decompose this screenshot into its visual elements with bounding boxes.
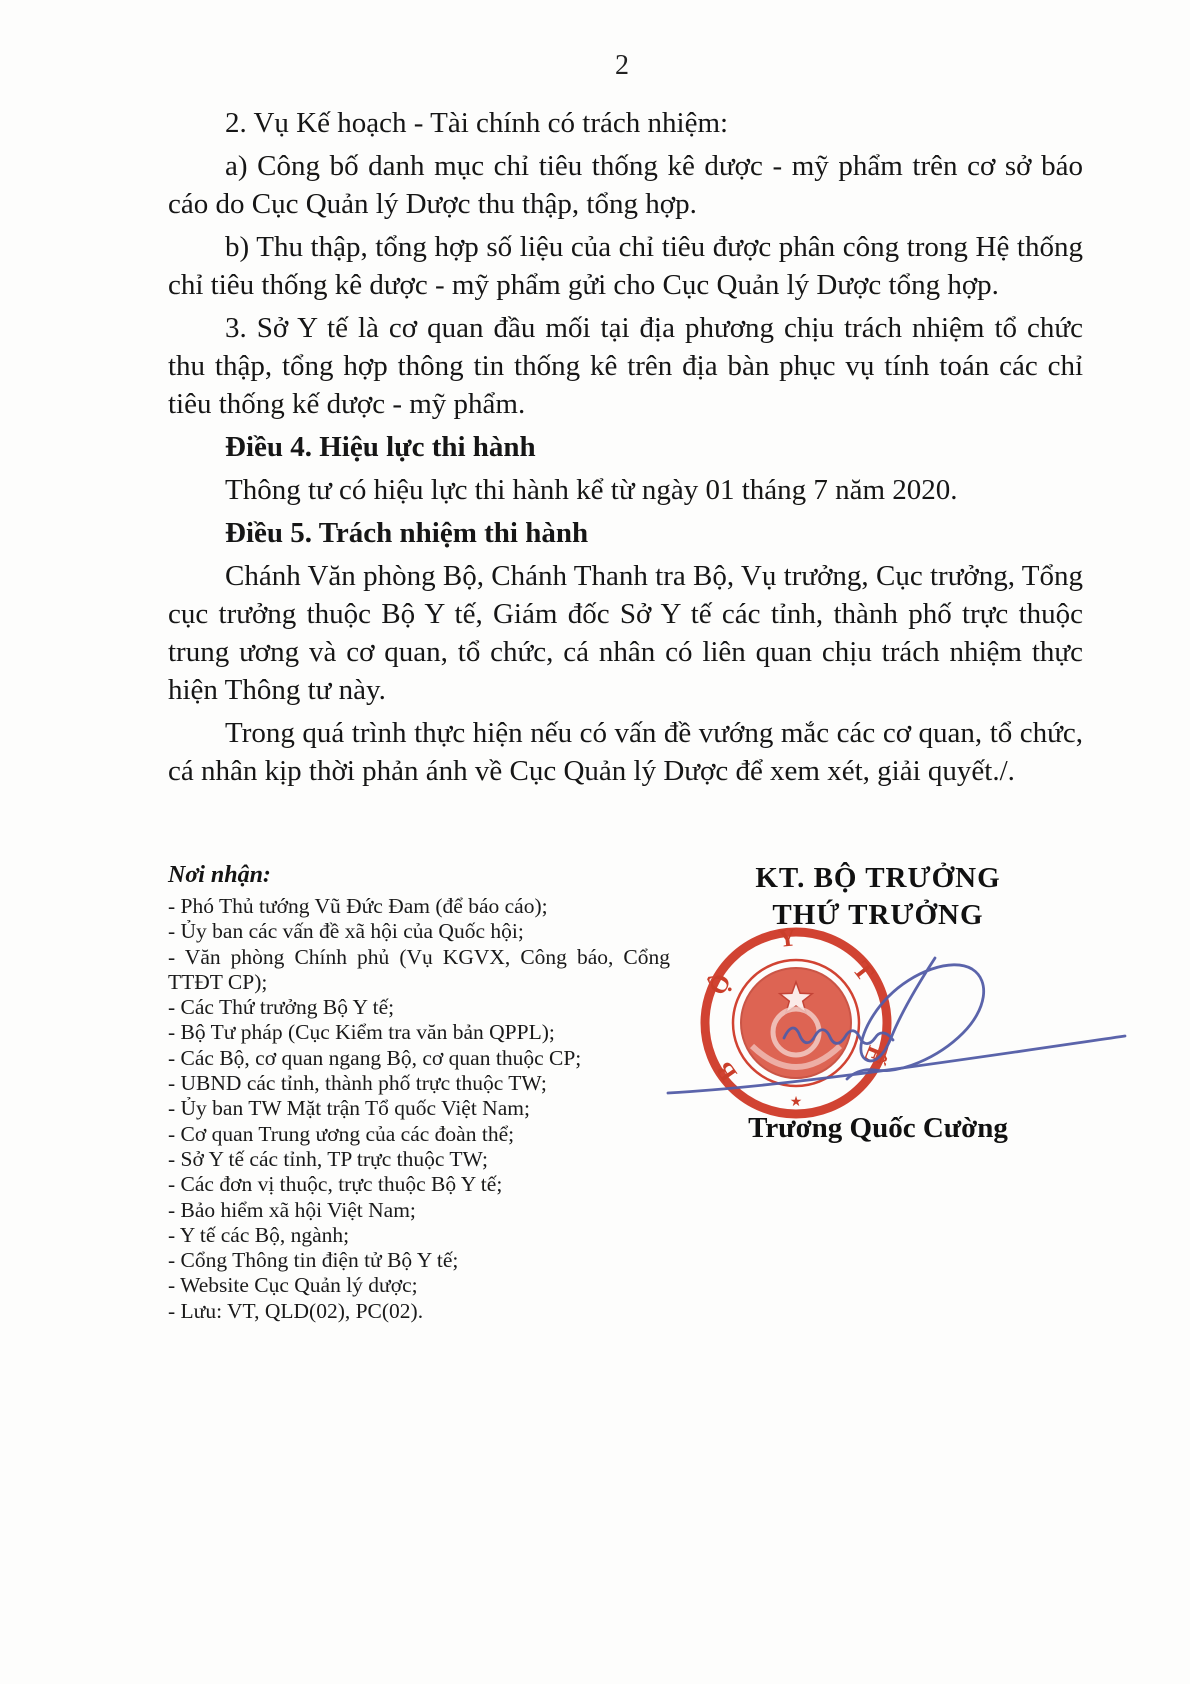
paragraph: Trong quá trình thực hiện nếu có vấn đề … <box>168 714 1083 790</box>
seal-letter: Y <box>777 924 798 953</box>
recipients-block: Nơi nhận: - Phó Thủ tướng Vũ Đức Đam (để… <box>168 862 670 1324</box>
seal-star-icon: ★ <box>790 1094 803 1110</box>
article-heading: Điều 4. Hiệu lực thi hành <box>168 428 1083 466</box>
recipient-item: - Cơ quan Trung ương của các đoàn thể; <box>168 1122 670 1147</box>
paragraph: Thông tư có hiệu lực thi hành kể từ ngày… <box>168 471 1083 509</box>
article-heading: Điều 5. Trách nhiệm thi hành <box>168 514 1083 552</box>
recipient-item: - Ủy ban TW Mặt trận Tổ quốc Việt Nam; <box>168 1096 670 1121</box>
recipient-item: - Các Thứ trưởng Bộ Y tế; <box>168 995 670 1020</box>
recipient-item: - Website Cục Quản lý dược; <box>168 1273 670 1298</box>
paragraph: a) Công bố danh mục chỉ tiêu thống kê dư… <box>168 147 1083 223</box>
official-seal: B Ộ Y T Ế ★ <box>703 924 891 1114</box>
recipient-item: - Bảo hiểm xã hội Việt Nam; <box>168 1198 670 1223</box>
recipient-item: - Ủy ban các vấn đề xã hội của Quốc hội; <box>168 919 670 944</box>
page-number: 2 <box>572 50 672 82</box>
recipient-item: - Bộ Tư pháp (Cục Kiểm tra văn bản QPPL)… <box>168 1020 670 1045</box>
recipient-item: - Cổng Thông tin điện tử Bộ Y tế; <box>168 1248 670 1273</box>
document-page: 2 2. Vụ Kế hoạch - Tài chính có trách nh… <box>0 0 1190 1684</box>
recipient-item: - Sở Y tế các tỉnh, TP trực thuộc TW; <box>168 1147 670 1172</box>
recipient-item: - Phó Thủ tướng Vũ Đức Đam (để báo cáo); <box>168 894 670 919</box>
recipient-item: - Lưu: VT, QLD(02), PC(02). <box>168 1299 670 1324</box>
document-body: 2. Vụ Kế hoạch - Tài chính có trách nhiệ… <box>168 104 1083 795</box>
paragraph: 3. Sở Y tế là cơ quan đầu mối tại địa ph… <box>168 309 1083 423</box>
signer-name: Trương Quốc Cường <box>658 1112 1098 1145</box>
paragraph: 2. Vụ Kế hoạch - Tài chính có trách nhiệ… <box>168 104 1083 142</box>
paragraph: b) Thu thập, tổng hợp số liệu của chỉ ti… <box>168 228 1083 304</box>
recipient-item: - Văn phòng Chính phủ (Vụ KGVX, Công báo… <box>168 945 670 996</box>
recipient-item: - Y tế các Bộ, ngành; <box>168 1223 670 1248</box>
recipient-item: - Các Bộ, cơ quan ngang Bộ, cơ quan thuộ… <box>168 1046 670 1071</box>
recipients-heading: Nơi nhận: <box>168 862 670 889</box>
recipient-item: - UBND các tỉnh, thành phố trực thuộc TW… <box>168 1071 670 1096</box>
recipient-item: - Các đơn vị thuộc, trực thuộc Bộ Y tế; <box>168 1172 670 1197</box>
paragraph: Chánh Văn phòng Bộ, Chánh Thanh tra Bộ, … <box>168 557 1083 709</box>
